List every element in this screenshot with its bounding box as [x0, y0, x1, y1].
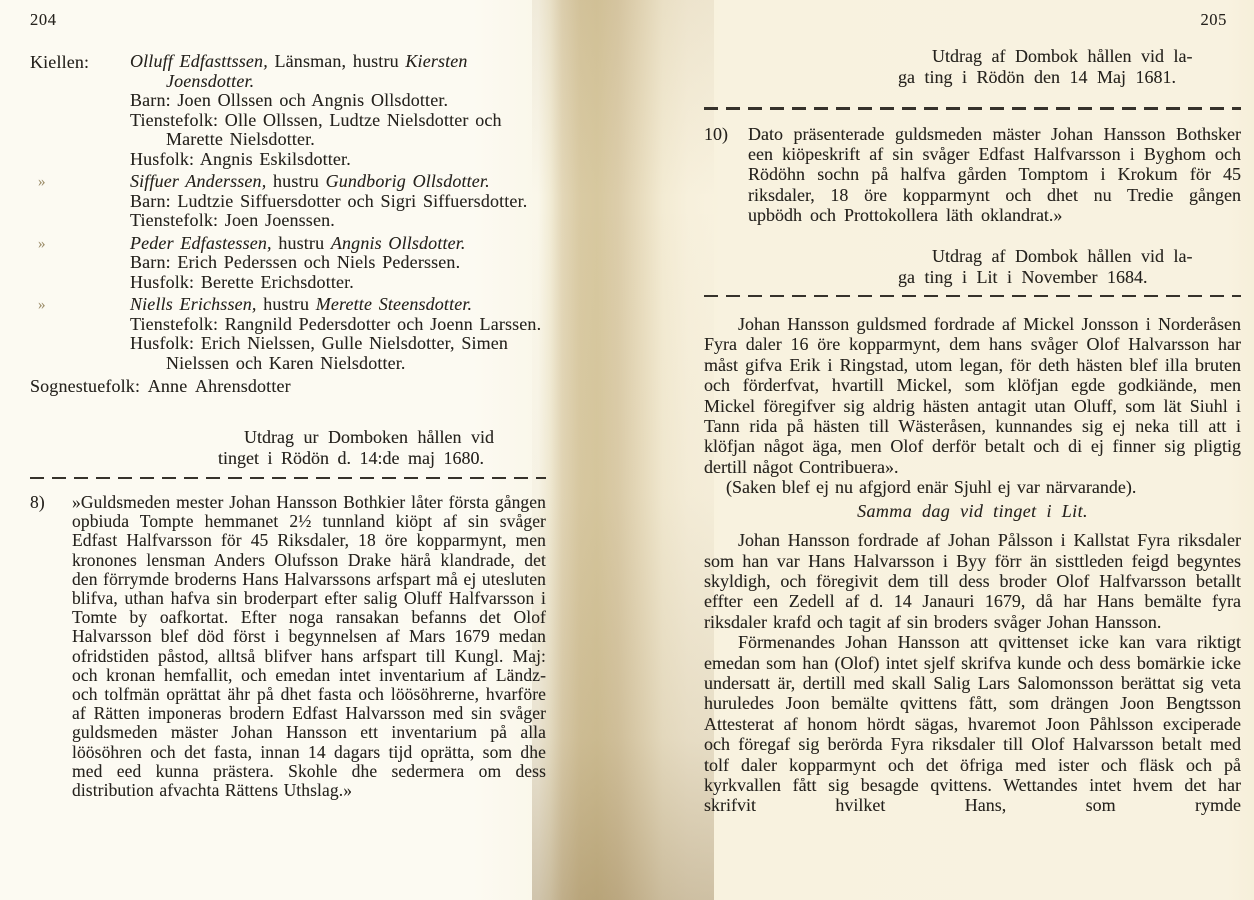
- book-scan: 204 Kiellen: Olluff Edfasttssen, Länsman…: [0, 0, 1254, 900]
- margin-mark: »: [38, 296, 46, 316]
- person-name: Olluff Edfasttssen,: [130, 51, 268, 71]
- dashed-rule: [704, 107, 1241, 110]
- census-entry: Olluff Edfasttssen, Länsman, hustru Kier…: [130, 52, 544, 91]
- entry-text: Barn: Joen Ollssen och Angnis Ollsdotter…: [130, 90, 448, 110]
- right-page: 205 Utdrag af Dombok hållen vid la- ga t…: [704, 10, 1241, 816]
- court-item-8: 8)»Guldsmeden mester Johan Hansson Bothk…: [30, 493, 546, 800]
- book-gutter-shadow: [532, 0, 714, 900]
- person-name: Merette Steensdotter.: [316, 294, 472, 314]
- census-label: Kiellen:: [30, 53, 89, 73]
- census-entry: Tienstefolk: Joen Joenssen.: [130, 211, 544, 231]
- entry-text: Tienstefolk: Rangnild Pedersdotter och J…: [130, 314, 541, 334]
- heading-line: ga ting i Rödön den 14 Maj 1681.: [898, 67, 1241, 88]
- person-name: Niells Erichssen,: [130, 294, 257, 314]
- census-entry: »Siffuer Anderssen, hustru Gundborig Oll…: [130, 172, 544, 192]
- margin-mark: »: [38, 173, 46, 193]
- census-entry: »Peder Edfastessen, hustru Angnis Ollsdo…: [130, 234, 544, 254]
- census-list: Kiellen: Olluff Edfasttssen, Länsman, hu…: [30, 52, 546, 397]
- census-entry: Barn: Joen Ollssen och Angnis Ollsdotter…: [130, 91, 544, 111]
- census-entries: Olluff Edfasttssen, Länsman, hustru Kier…: [130, 52, 544, 373]
- court-paragraph-saken: (Saken blef ej nu afgjord enär Sjuhl ej …: [704, 477, 1241, 497]
- census-entry: Husfolk: Angnis Eskilsdotter.: [130, 150, 544, 170]
- heading-line: ga ting i Lit i November 1684.: [898, 267, 1241, 288]
- heading-line: Utdrag ur Domboken hållen vid: [244, 427, 546, 448]
- census-entry: Barn: Erich Pederssen och Niels Pedersse…: [130, 253, 544, 273]
- page-number-left: 204: [30, 10, 546, 30]
- item-text: Dato präsenterade guldsmeden mäster Joha…: [748, 124, 1241, 226]
- entry-text: Husfolk: Erich Nielssen, Gulle Nielsdott…: [130, 333, 508, 373]
- entry-text: hustru: [257, 294, 316, 314]
- person-name: Peder Edfastessen,: [130, 233, 272, 253]
- entry-text: Husfolk: Berette Erichsdotter.: [130, 272, 354, 292]
- court-paragraph-mickel: Johan Hansson guldsmed fordrade af Micke…: [704, 314, 1241, 477]
- entry-text: Barn: Erich Pederssen och Niels Pedersse…: [130, 252, 460, 272]
- court-paragraph-palsson: Johan Hansson fordrade af Johan Pålsson …: [704, 530, 1241, 632]
- dombok-heading-1681: Utdrag af Dombok hållen vid la- ga ting …: [704, 46, 1241, 88]
- entry-text: Tienstefolk: Joen Joenssen.: [130, 210, 335, 230]
- heading-line: Utdrag af Dombok hållen vid la-: [932, 246, 1241, 267]
- census-entry: Husfolk: Berette Erichsdotter.: [130, 273, 544, 293]
- page-number-right: 205: [704, 10, 1241, 30]
- left-page: 204 Kiellen: Olluff Edfasttssen, Länsman…: [30, 10, 546, 800]
- person-name: Siffuer Anderssen,: [130, 171, 266, 191]
- census-entry: Tienstefolk: Rangnild Pedersdotter och J…: [130, 315, 544, 335]
- dombok-heading-1684: Utdrag af Dombok hållen vid la- ga ting …: [704, 246, 1241, 288]
- entry-text: Tienstefolk: Olle Ollssen, Ludtze Nielsd…: [130, 110, 502, 150]
- dashed-rule: [704, 295, 1241, 298]
- subheading-samma-dag: Samma dag vid tinget i Lit.: [704, 501, 1241, 521]
- person-name: Gundborig Ollsdotter.: [326, 171, 490, 191]
- item-number: 10): [704, 124, 748, 144]
- dombok-heading-1680: Utdrag ur Domboken hållen vid tinget i R…: [30, 427, 546, 469]
- heading-line: Utdrag af Dombok hållen vid la-: [932, 46, 1241, 67]
- heading-line: tinget i Rödön d. 14:de maj 1680.: [218, 448, 546, 469]
- court-item-10: 10)Dato präsenterade guldsmeden mäster J…: [704, 124, 1241, 226]
- census-entry: »Niells Erichssen, hustru Merette Steens…: [130, 295, 544, 315]
- entry-text: Barn: Ludtzie Siffuersdotter och Sigri S…: [130, 191, 527, 211]
- item-number: 8): [30, 493, 72, 512]
- item-text: »Guldsmeden mester Johan Hansson Bothkie…: [72, 492, 546, 800]
- census-entry: Husfolk: Erich Nielssen, Gulle Nielsdott…: [130, 334, 544, 373]
- census-footer-line: Sognestuefolk: Anne Ahrensdotter: [30, 377, 546, 397]
- entry-text: Länsman, hustru: [268, 51, 406, 71]
- margin-mark: »: [38, 235, 46, 255]
- census-entry: Tienstefolk: Olle Ollssen, Ludtze Nielsd…: [130, 111, 544, 150]
- entry-text: hustru: [266, 171, 325, 191]
- person-name: Angnis Ollsdotter.: [331, 233, 466, 253]
- entry-text: hustru: [272, 233, 331, 253]
- court-paragraph-formenandes: Förmenandes Johan Hansson att qvittenset…: [704, 632, 1241, 816]
- dashed-rule: [30, 477, 546, 480]
- entry-text: Husfolk: Angnis Eskilsdotter.: [130, 149, 351, 169]
- census-entry: Barn: Ludtzie Siffuersdotter och Sigri S…: [130, 192, 544, 212]
